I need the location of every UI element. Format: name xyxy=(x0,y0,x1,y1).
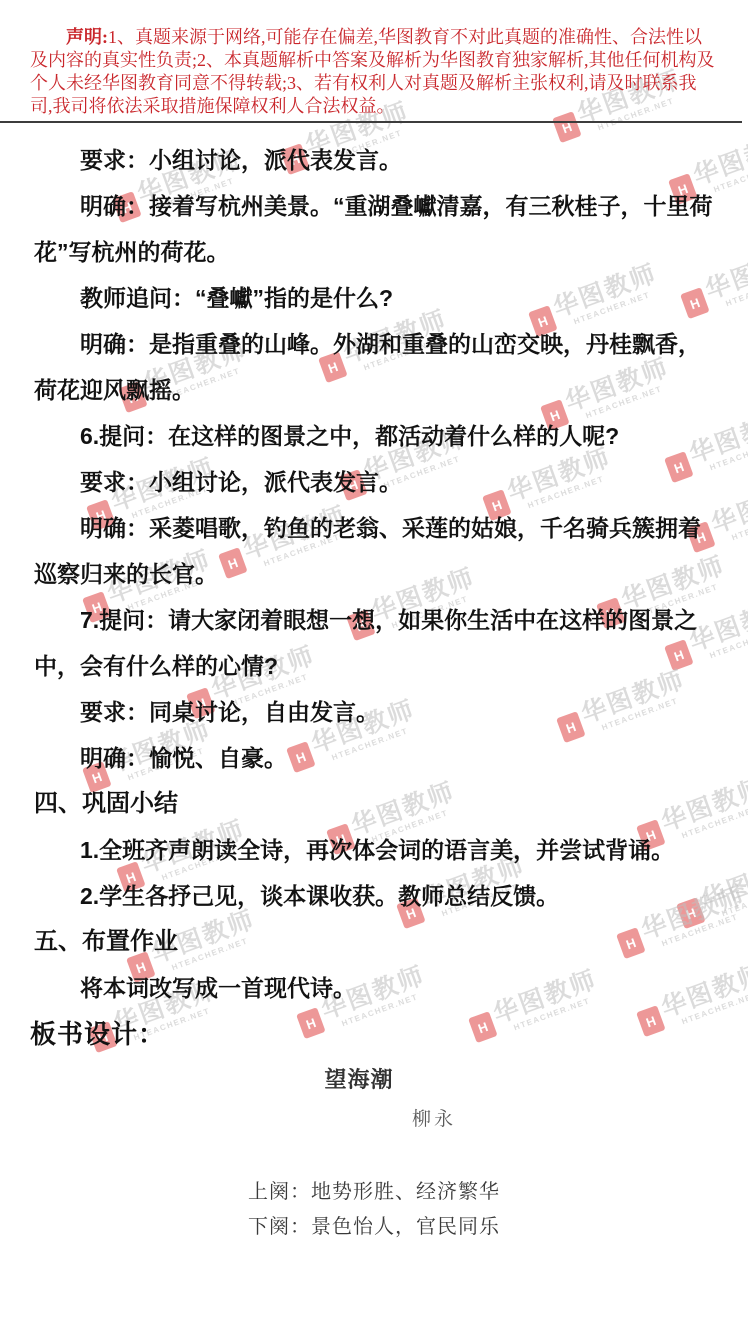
lesson-paragraph: 6.提问：在这样的图景之中，都活动着什么样的人呢? xyxy=(34,413,714,459)
disclaimer-text: 声明:1、真题来源于网络,可能存在偏差,华图教育不对此真题的准确性、合法性以及内… xyxy=(0,0,748,118)
board-line: 上阕：地势形胜、经济繁华 xyxy=(248,1175,500,1210)
lesson-paragraph: 要求：小组讨论，派代表发言。 xyxy=(34,459,714,505)
lesson-paragraph: 要求：同桌讨论，自由发言。 xyxy=(34,689,714,735)
disclaimer-body: 1、真题来源于网络,可能存在偏差,华图教育不对此真题的准确性、合法性以及内容的真… xyxy=(30,27,715,116)
lesson-paragraph: 明确：是指重叠的山峰。外湖和重叠的山峦交映，丹桂飘香，荷花迎风飘摇。 xyxy=(34,321,714,413)
lesson-paragraph: 2.学生各抒己见，谈本课收获。教师总结反馈。 xyxy=(34,873,714,919)
lesson-content: 要求：小组讨论，派代表发言。明确：接着写杭州美景。“重湖叠巘清嘉，有三秋桂子，十… xyxy=(0,123,748,1057)
lesson-paragraph: 明确：采菱唱歌，钓鱼的老翁、采莲的姑娘，千名骑兵簇拥着巡察归来的长官。 xyxy=(34,505,714,597)
board-line: 下阕：景色怡人，官民同乐 xyxy=(248,1210,500,1245)
lesson-paragraph: 7.提问：请大家闭着眼想一想，如果你生活中在这样的图景之中，会有什么样的心情? xyxy=(34,597,714,689)
lesson-paragraph: 明确：接着写杭州美景。“重湖叠巘清嘉，有三秋桂子，十里荷花”写杭州的荷花。 xyxy=(34,183,714,275)
document-page: { "page": { "background": "#ffffff", "di… xyxy=(0,0,748,1335)
section-heading: 四、巩固小结 xyxy=(34,781,714,827)
lesson-paragraph: 1.全班齐声朗读全诗，再次体会词的语言美，并尝试背诵。 xyxy=(34,827,714,873)
section-heading: 板书设计： xyxy=(30,1011,714,1057)
board-design: 望海潮 柳永 上阕：地势形胜、经济繁华下阕：景色怡人，官民同乐 xyxy=(0,1063,748,1245)
section-heading: 五、布置作业 xyxy=(34,919,714,965)
lesson-paragraph: 明确：愉悦、自豪。 xyxy=(34,735,714,781)
lesson-paragraph: 将本词改写成一首现代诗。 xyxy=(34,965,714,1011)
board-lines: 上阕：地势形胜、经济繁华下阕：景色怡人，官民同乐 xyxy=(248,1175,500,1245)
disclaimer-label: 声明: xyxy=(66,27,108,47)
lesson-paragraph: 要求：小组讨论，派代表发言。 xyxy=(34,137,714,183)
lesson-paragraph: 教师追问：“叠巘”指的是什么? xyxy=(34,275,714,321)
board-title: 望海潮 xyxy=(0,1063,718,1094)
document-content: 声明:1、真题来源于网络,可能存在偏差,华图教育不对此真题的准确性、合法性以及内… xyxy=(0,0,748,1245)
board-author: 柳永 xyxy=(120,1104,748,1131)
